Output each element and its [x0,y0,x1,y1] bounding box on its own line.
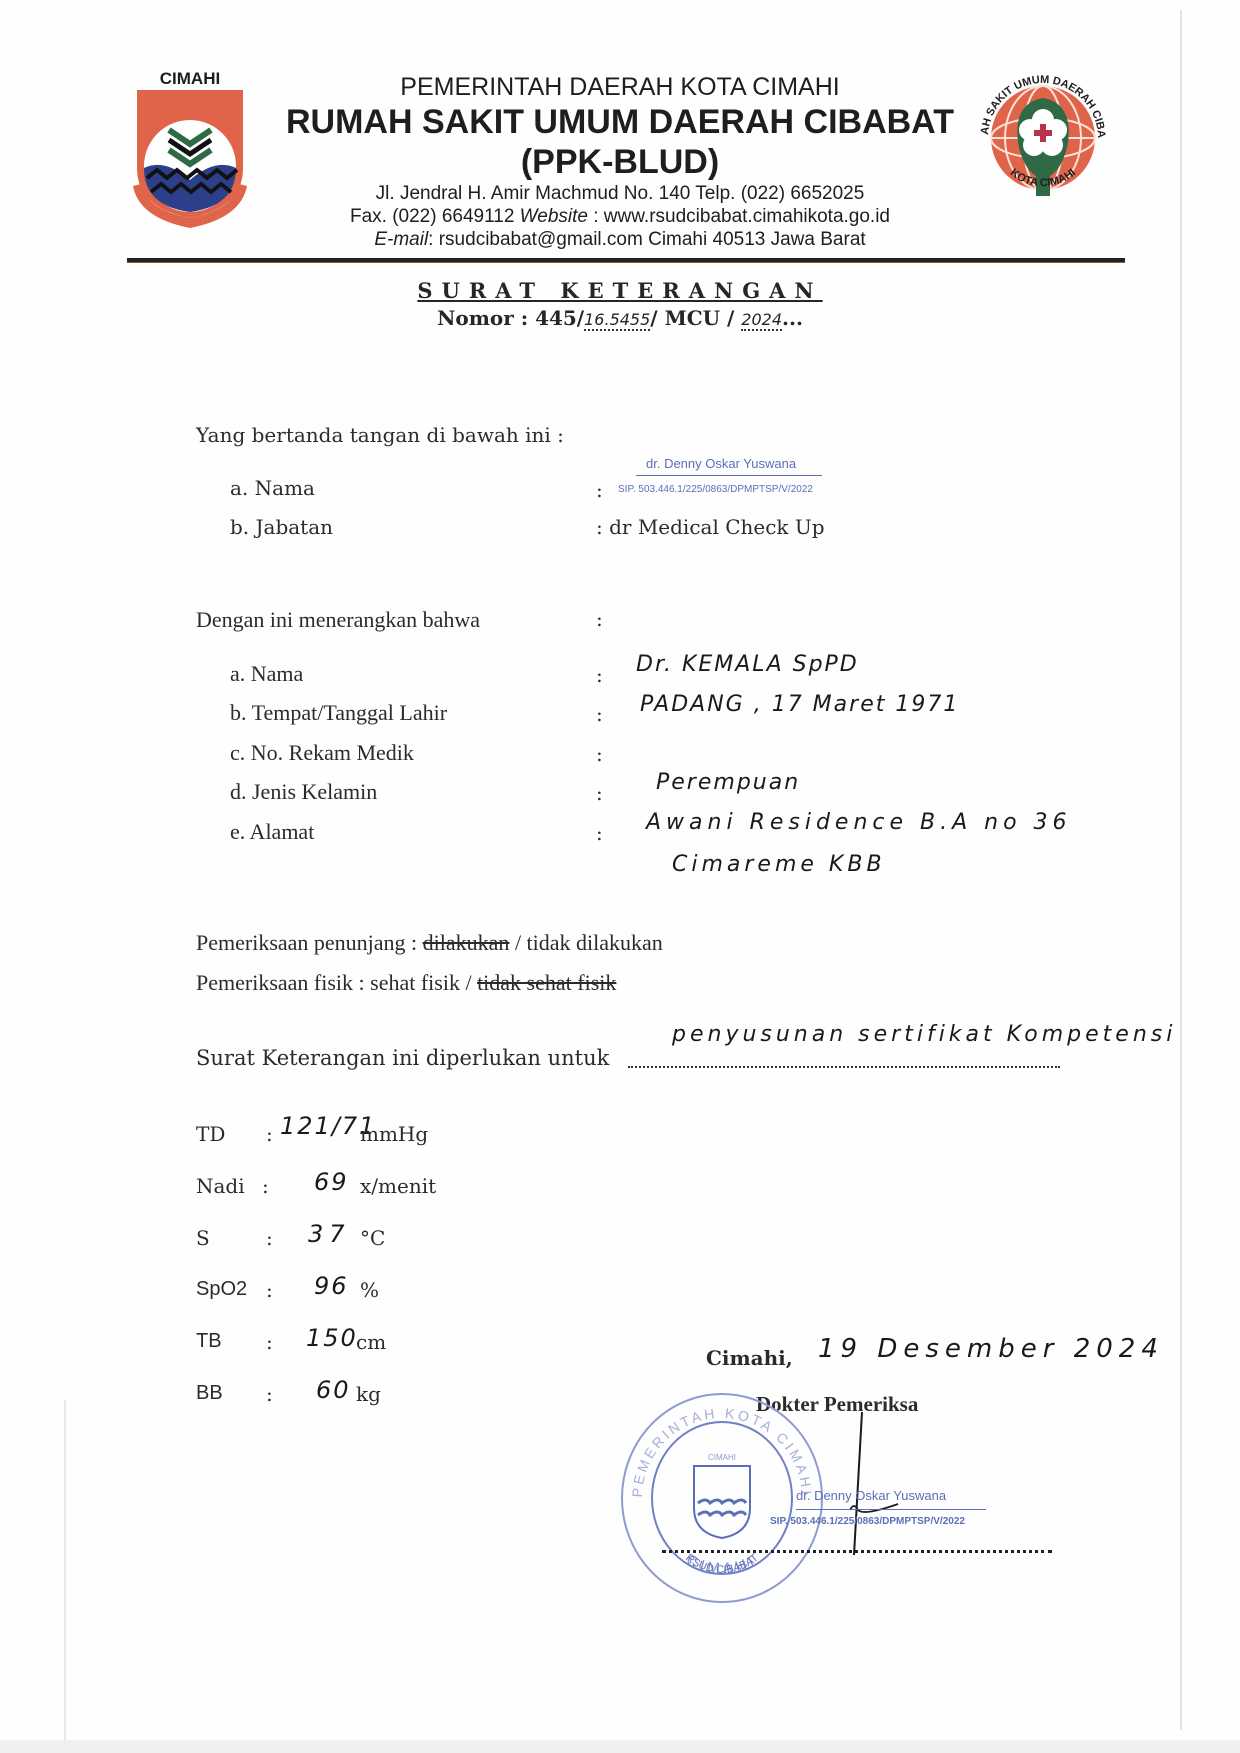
hospital-status: (PPK-BLUD) [270,142,970,182]
colon: : [596,607,603,631]
colon: : [266,1122,273,1146]
document-page: CIMAHI PEMERINTAH DAERAH KOTA CIMAHI RUM… [0,0,1240,1753]
scan-bottom-band [0,1740,1240,1753]
colon: : [596,663,603,687]
doctor-sip-stamp: SIP. 503.446.1/225/0863/DPMPTSP/V/2022 [770,1516,965,1527]
hospital-email: E-mail: rsudcibabat@gmail.com Cimahi 405… [270,228,970,251]
colon: : [596,781,603,805]
vital-td-label: TD [196,1122,225,1146]
vital-spo2-label: SpO2 [196,1278,247,1301]
purpose-value: penyusunan sertifikat Kompetensi [672,1022,1176,1047]
vital-height-value: 150 [306,1324,358,1352]
physical-exam-label: Pemeriksaan fisik : sehat fisik / [196,970,477,995]
colon: : [262,1174,269,1198]
signature-date: 19 Desember 2024 [818,1334,1164,1364]
vital-temp-unit: °C [360,1226,385,1250]
support-exam-selected-option: / tidak dilakukan [509,930,662,955]
signer-name-stamp: dr. Denny Oskar Yuswana [636,456,822,476]
colon: : [596,742,603,766]
colon: : [596,702,603,726]
vital-temp-label: S [196,1226,210,1250]
signer-position-label: b. Jabatan [230,515,333,539]
subject-name-value: Dr. KEMALA SpPD [636,652,859,677]
subject-address-value: Awani Residence B.A no 36 [646,810,1072,835]
subject-mrn-label: c. No. Rekam Medik [230,740,414,766]
colon: : [596,821,603,845]
cimahi-crest-logo: CIMAHI [125,68,255,228]
fax-text: Fax. (022) 6649112 [350,206,520,227]
svg-text:CIMAHI: CIMAHI [708,1453,736,1462]
email-link[interactable]: : rsudcibabat@gmail.com Cimahi 40513 Jaw… [428,229,866,250]
vital-spo2-unit: % [360,1278,379,1302]
vital-height-unit: cm [356,1330,386,1354]
vital-pulse-label: Nadi [196,1174,245,1198]
colon: : [266,1226,273,1250]
scan-edge-left [64,1400,66,1740]
physical-exam-line: Pemeriksaan fisik : sehat fisik / tidak … [196,970,616,996]
number-prefix: Nomor : 445/ [437,306,584,330]
support-exam-label: Pemeriksaan penunjang : [196,930,423,955]
government-name: PEMERINTAH DAERAH KOTA CIMAHI [270,72,970,102]
document-title: SURAT KETERANGAN [380,278,860,303]
hospital-fax-website: Fax. (022) 6649112 Website : www.rsudcib… [270,205,970,228]
number-mid: / MCU / [650,306,741,330]
signer-sip-stamp: SIP. 503.446.1/225/0863/DPMPTSP/V/2022 [618,484,813,495]
signature-dotted-line [662,1550,1052,1553]
subject-address-value-line2: Cimareme KBB [672,852,886,877]
colon: : [596,478,603,502]
hospital-name: RUMAH SAKIT UMUM DAERAH CIBABAT [270,102,970,142]
subject-birth-value: PADANG , 17 Maret 1971 [640,692,959,717]
vital-temp-value: 37 [308,1220,351,1248]
handwritten-signature [820,1410,940,1560]
subject-address-label: e. Alamat [230,819,314,845]
letterhead: PEMERINTAH DAERAH KOTA CIMAHI RUMAH SAKI… [270,72,970,251]
website-link[interactable]: : www.rsudcibabat.cimahikota.go.id [588,206,890,227]
doctor-name-stamp: dr. Denny Oskar Yuswana [796,1488,986,1510]
signer-position-value: : dr Medical Check Up [596,515,825,539]
vital-spo2-value: 96 [314,1272,349,1300]
vital-weight-value: 60 [316,1376,351,1404]
vital-weight-unit: kg [356,1382,381,1406]
letterhead-divider [127,258,1125,263]
document-number: Nomor : 445/16.5455/ MCU / 2024... [380,306,860,330]
svg-text:CIMAHI: CIMAHI [160,69,220,88]
subject-sex-value: Perempuan [656,770,800,795]
signature-place: Cimahi, [706,1346,793,1370]
support-exam-line: Pemeriksaan penunjang : dilakukan / tida… [196,930,663,956]
number-handwritten: 16.5455 [584,310,650,331]
subject-intro: Dengan ini menerangkan bahwa [196,607,480,633]
colon: : [266,1330,273,1354]
subject-name-label: a. Nama [230,661,303,687]
number-suffix: ... [782,306,803,330]
subject-sex-label: d. Jenis Kelamin [230,779,377,805]
purpose-label: Surat Keterangan ini diperlukan untuk [196,1046,609,1070]
scan-edge [1180,10,1182,1730]
support-exam-struck-option: dilakukan [423,930,510,955]
colon: : [266,1382,273,1406]
vital-pulse-value: 69 [314,1168,349,1196]
email-label: E-mail [374,229,428,250]
vital-td-unit: mmHg [360,1122,428,1146]
website-label: Website [520,206,588,227]
vital-pulse-unit: x/menit [360,1174,436,1198]
signer-name-label: a. Nama [230,476,315,500]
vital-height-label: TB [196,1330,222,1353]
physical-exam-struck-option: tidak sehat fisik [477,970,616,995]
rsud-cibabat-logo: RUMAH SAKIT UMUM DAERAH CIBABAT KOTA CIM… [968,58,1118,218]
colon: : [266,1278,273,1302]
purpose-dotted-line [628,1066,1060,1068]
vital-weight-label: BB [196,1382,223,1405]
year-handwritten: 2024 [741,310,782,331]
signer-intro: Yang bertanda tangan di bawah ini : [196,423,564,447]
subject-birth-label: b. Tempat/Tanggal Lahir [230,700,447,726]
hospital-address: Jl. Jendral H. Amir Machmud No. 140 Telp… [270,182,970,205]
